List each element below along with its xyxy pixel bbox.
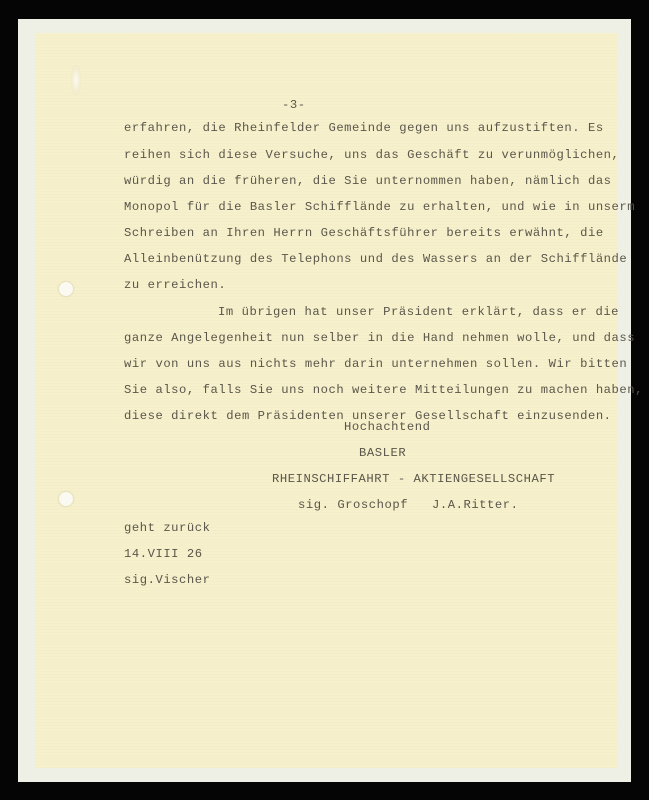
letter-page (35, 33, 618, 768)
closing-salutation: Hochachtend (344, 420, 431, 434)
paper-damage-mark (71, 65, 81, 95)
body-line: erfahren, die Rheinfelder Gemeinde gegen… (124, 121, 604, 135)
annotation-date: 14.VIII 26 (124, 547, 203, 561)
punch-hole-bottom (59, 492, 73, 506)
body-line: Schreiben an Ihren Herrn Geschäftsführer… (124, 226, 604, 240)
company-name-line2: RHEINSCHIFFAHRT - AKTIENGESELLSCHAFT (272, 472, 555, 486)
body-line: Sie also, falls Sie uns noch weitere Mit… (124, 383, 643, 397)
page-number: -3- (282, 98, 306, 112)
signature-groschopf: sig. Groschopf (298, 498, 408, 512)
body-line: würdig an die früheren, die Sie unternom… (124, 174, 612, 188)
body-line: zu erreichen. (124, 278, 226, 292)
body-line: ganze Angelegenheit nun selber in die Ha… (124, 331, 635, 345)
body-line: reihen sich diese Versuche, uns das Gesc… (124, 148, 619, 162)
company-name-line1: BASLER (359, 446, 406, 460)
annotation-returned: geht zurück (124, 521, 211, 535)
annotation-signature: sig.Vischer (124, 573, 211, 587)
body-line: Alleinbenützung des Telephons und des Wa… (124, 252, 627, 266)
body-line: Monopol für die Basler Schifflände zu er… (124, 200, 635, 214)
body-line: wir von uns aus nichts mehr darin untern… (124, 357, 627, 371)
signature-ritter: J.A.Ritter. (432, 498, 519, 512)
body-line: Im übrigen hat unser Präsident erklärt, … (218, 305, 619, 319)
punch-hole-top (59, 282, 73, 296)
